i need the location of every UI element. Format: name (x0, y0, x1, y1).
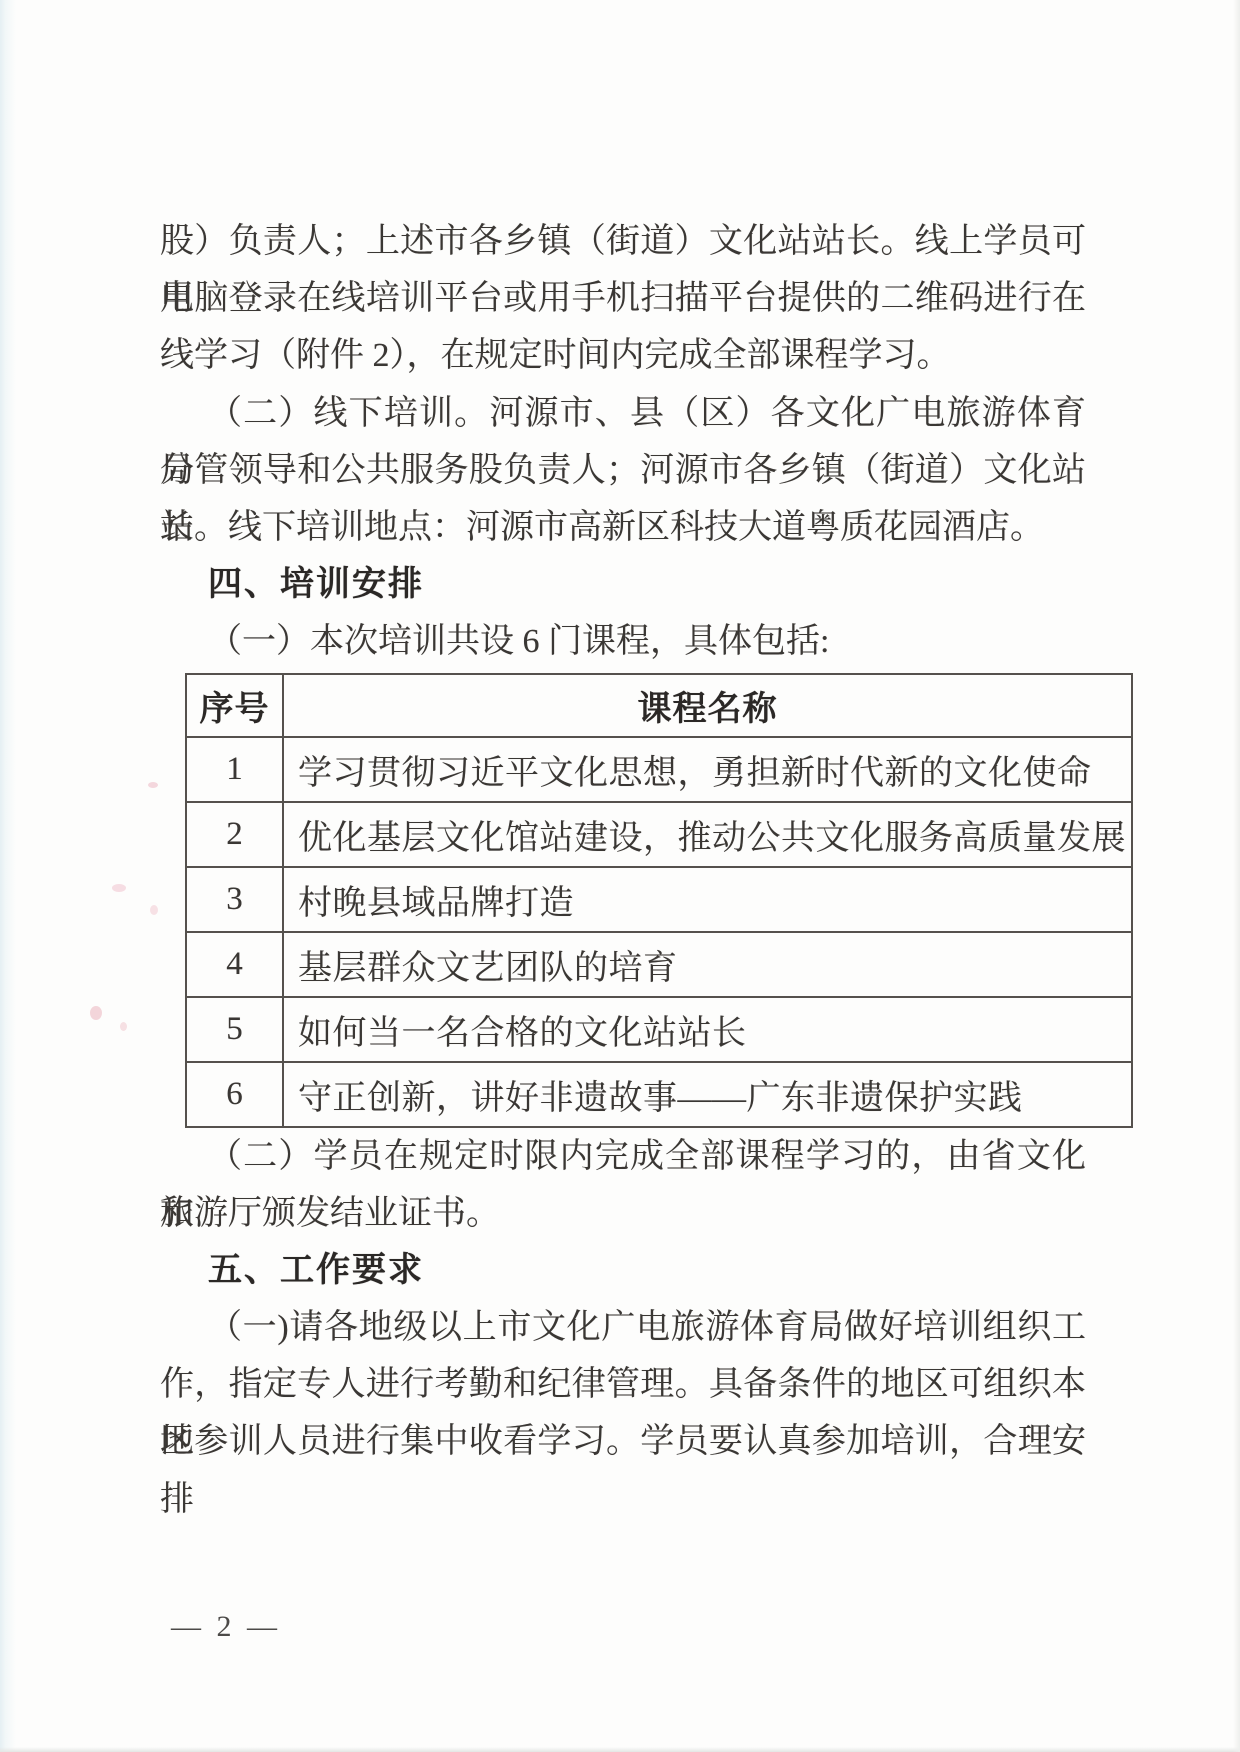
course-table-row: 6 守正创新，讲好非遗故事——广东非遗保护实践 (186, 1062, 1132, 1127)
body-line: 旅游厅颁发结业证书。 (160, 1185, 1086, 1242)
body-line: 作，指定专人进行考勤和纪律管理。具备条件的地区可组织本地 (160, 1356, 1086, 1413)
body-line: 股）负责人；上述市各乡镇（街道）文化站站长。线上学员可用 (160, 213, 1086, 270)
page-number: — 2 — (171, 1610, 281, 1644)
scan-edge-artifact-left (0, 0, 16, 1752)
course-name: 守正创新，讲好非遗故事——广东非遗保护实践 (283, 1062, 1132, 1127)
body-line: （二）线下培训。河源市、县（区）各文化广电旅游体育局 (160, 385, 1086, 442)
course-name: 基层群众文艺团队的培育 (283, 932, 1132, 997)
course-index: 3 (186, 867, 283, 932)
course-table-row: 3 村晚县域品牌打造 (186, 867, 1132, 932)
course-index: 5 (186, 997, 283, 1062)
document-page: 股）负责人；上述市各乡镇（街道）文化站站长。线上学员可用 电脑登录在线培训平台或… (0, 0, 1240, 1752)
course-index: 2 (186, 802, 283, 867)
scan-ink-speck (120, 1022, 127, 1031)
body-line: （二）学员在规定时限内完成全部课程学习的，由省文化和 (160, 1128, 1086, 1185)
course-table-header-row: 序号 课程名称 (186, 674, 1132, 737)
scan-ink-speck (148, 782, 158, 788)
scan-ink-speck (150, 905, 158, 915)
scan-edge-artifact-right (1233, 0, 1240, 1752)
course-name: 如何当一名合格的文化站站长 (283, 997, 1132, 1062)
body-line: 线学习（附件 2），在规定时间内完成全部课程学习。 (160, 327, 1086, 384)
course-table: 序号 课程名称 1 学习贯彻习近平文化思想，勇担新时代新的文化使命 2 优化基层… (185, 673, 1133, 1128)
body-line: 区参训人员进行集中收看学习。学员要认真参加培训，合理安排 (160, 1413, 1086, 1470)
section-heading-work-requirements: 五、工作要求 (160, 1242, 1086, 1299)
course-table-row: 4 基层群众文艺团队的培育 (186, 932, 1132, 997)
course-index: 4 (186, 932, 283, 997)
course-index: 1 (186, 737, 283, 802)
body-line: （一）本次培训共设 6 门课程，具体包括: (160, 613, 1086, 670)
course-table-row: 5 如何当一名合格的文化站站长 (186, 997, 1132, 1062)
body-line: 电脑登录在线培训平台或用手机扫描平台提供的二维码进行在 (160, 270, 1086, 327)
body-line: 长。线下培训地点：河源市高新区科技大道粤质花园酒店。 (160, 499, 1086, 556)
scan-edge-artifact-bottom (0, 1747, 1240, 1752)
scan-ink-speck (112, 884, 126, 892)
scan-ink-speck (90, 1006, 102, 1020)
column-header-course: 课程名称 (283, 674, 1132, 737)
course-name: 学习贯彻习近平文化思想，勇担新时代新的文化使命 (283, 737, 1132, 802)
course-table-row: 1 学习贯彻习近平文化思想，勇担新时代新的文化使命 (186, 737, 1132, 802)
section-heading-training-arrangement: 四、培训安排 (160, 556, 1086, 613)
document-content: 股）负责人；上述市各乡镇（街道）文化站站长。线上学员可用 电脑登录在线培训平台或… (160, 213, 1086, 1471)
body-line: 分管领导和公共服务股负责人；河源市各乡镇（街道）文化站站 (160, 442, 1086, 499)
course-table-row: 2 优化基层文化馆站建设，推动公共文化服务高质量发展 (186, 802, 1132, 867)
column-header-index: 序号 (186, 674, 283, 737)
course-name: 优化基层文化馆站建设，推动公共文化服务高质量发展 (283, 802, 1132, 867)
body-line: （一)请各地级以上市文化广电旅游体育局做好培训组织工 (160, 1299, 1086, 1356)
course-name: 村晚县域品牌打造 (283, 867, 1132, 932)
course-index: 6 (186, 1062, 283, 1127)
